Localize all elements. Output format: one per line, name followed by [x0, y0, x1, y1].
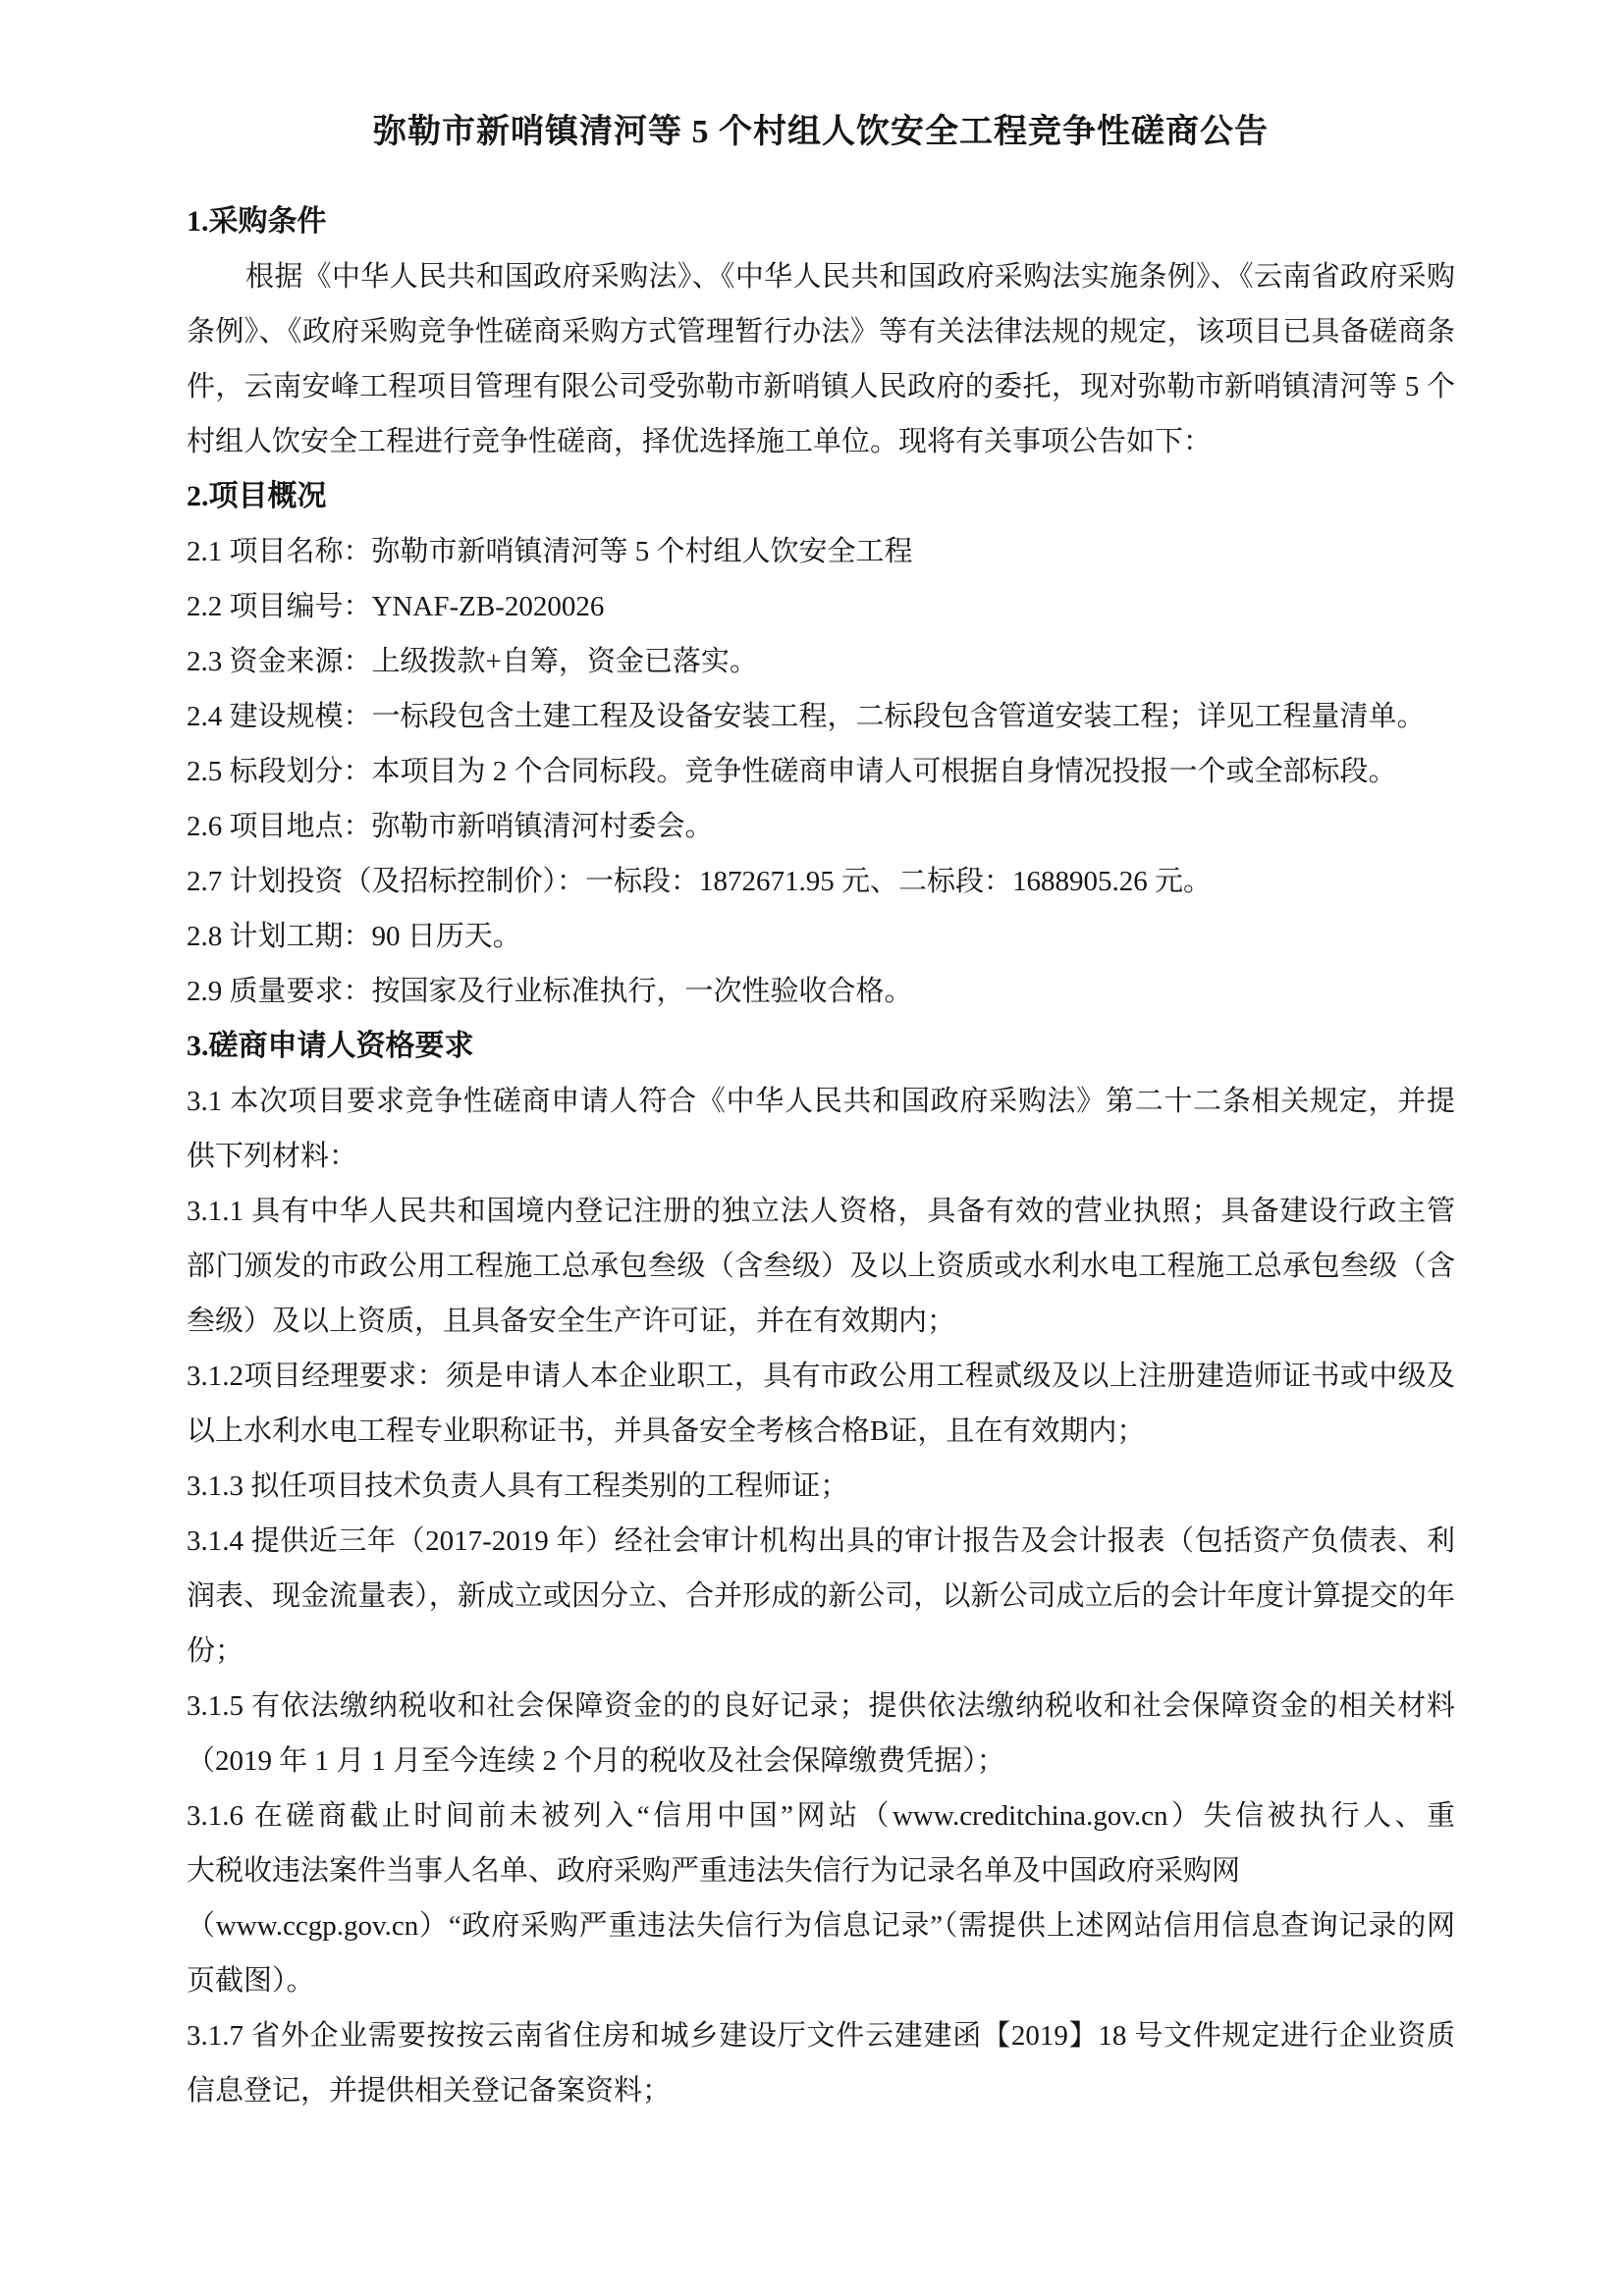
text-line: 2.1 项目名称：弥勒市新哨镇清河等 5 个村组人饮安全工程 [187, 524, 1455, 579]
text-line: 3.1.2项目经理要求：须是申请人本企业职工，具有市政公用工程贰级及以上注册建造… [187, 1349, 1455, 1404]
text-line: 2.2 项目编号：YNAF-ZB-2020026 [187, 579, 1455, 634]
text-line: 2.8 计划工期：90 日历天。 [187, 909, 1455, 964]
text-line: 大税收违法案件当事人名单、政府采购严重违法失信行为记录名单及中国政府采购网 [187, 1843, 1455, 1898]
text-line: 3.1.6 在磋商截止时间前未被列入“信用中国”网站（www.creditchi… [187, 1789, 1455, 1843]
text-line: 份； [187, 1624, 1455, 1679]
text-line: 2.9 质量要求：按国家及行业标准执行，一次性验收合格。 [187, 964, 1455, 1019]
text-line: 2.3 资金来源：上级拨款+自筹，资金已落实。 [187, 634, 1455, 689]
text-line: 3.1.7 省外企业需要按按云南省住房和城乡建设厅文件云建建函【2019】18 … [187, 2008, 1455, 2063]
text-line: 3.1.1 具有中华人民共和国境内登记注册的独立法人资格，具备有效的营业执照；具… [187, 1184, 1455, 1239]
text-line: 3.1.5 有依法缴纳税收和社会保障资金的的良好记录；提供依法缴纳税收和社会保障… [187, 1679, 1455, 1734]
section-heading: 1.采购条件 [187, 194, 1455, 249]
section-heading: 2.项目概况 [187, 469, 1455, 524]
text-line: 3.1.4 提供近三年（2017-2019 年）经社会审计机构出具的审计报告及会… [187, 1514, 1455, 1569]
text-line: 润表、现金流量表），新成立或因分立、合并形成的新公司，以新公司成立后的会计年度计… [187, 1569, 1455, 1624]
text-line: 信息登记，并提供相关登记备案资料； [187, 2063, 1455, 2118]
text-line: 3.1 本次项目要求竞争性磋商申请人符合《中华人民共和国政府采购法》第二十二条相… [187, 1074, 1455, 1129]
text-line: 页截图）。 [187, 1953, 1455, 2008]
text-line: 叁级）及以上资质，且具备安全生产许可证，并在有效期内； [187, 1294, 1455, 1349]
text-line: （www.ccgp.gov.cn）“政府采购严重违法失信行为信息记录”（需提供上… [187, 1898, 1455, 1953]
text-line: 2.7 计划投资（及招标控制价）：一标段：1872671.95 元、二标段：16… [187, 854, 1455, 909]
text-line: 根据《中华人民共和国政府采购法》、《中华人民共和国政府采购法实施条例》、《云南省… [187, 249, 1455, 304]
section-heading: 3.磋商申请人资格要求 [187, 1019, 1455, 1074]
text-line: 村组人饮安全工程进行竞争性磋商，择优选择施工单位。现将有关事项公告如下： [187, 414, 1455, 469]
text-line: 2.6 项目地点：弥勒市新哨镇清河村委会。 [187, 799, 1455, 854]
text-line: 2.5 标段划分：本项目为 2 个合同标段。竞争性磋商申请人可根据自身情况投报一… [187, 744, 1455, 799]
document-body: 1.采购条件根据《中华人民共和国政府采购法》、《中华人民共和国政府采购法实施条例… [187, 194, 1455, 2118]
text-line: 件，云南安峰工程项目管理有限公司受弥勒市新哨镇人民政府的委托，现对弥勒市新哨镇清… [187, 359, 1455, 414]
document-page: 弥勒市新哨镇清河等 5 个村组人饮安全工程竞争性磋商公告 1.采购条件根据《中华… [0, 0, 1624, 2296]
text-line: 3.1.3 拟任项目技术负责人具有工程类别的工程师证； [187, 1459, 1455, 1514]
text-line: 供下列材料： [187, 1129, 1455, 1184]
text-line: 部门颁发的市政公用工程施工总承包叁级（含叁级）及以上资质或水利水电工程施工总承包… [187, 1239, 1455, 1294]
text-line: 以上水利水电工程专业职称证书，并具备安全考核合格B证，且在有效期内； [187, 1404, 1455, 1459]
text-line: 条例》、《政府采购竞争性磋商采购方式管理暂行办法》等有关法律法规的规定，该项目已… [187, 304, 1455, 359]
text-line: 2.4 建设规模：一标段包含土建工程及设备安装工程，二标段包含管道安装工程；详见… [187, 689, 1455, 744]
text-line: （2019 年 1 月 1 月至今连续 2 个月的税收及社会保障缴费凭据）； [187, 1734, 1455, 1789]
document-title: 弥勒市新哨镇清河等 5 个村组人饮安全工程竞争性磋商公告 [187, 104, 1455, 161]
